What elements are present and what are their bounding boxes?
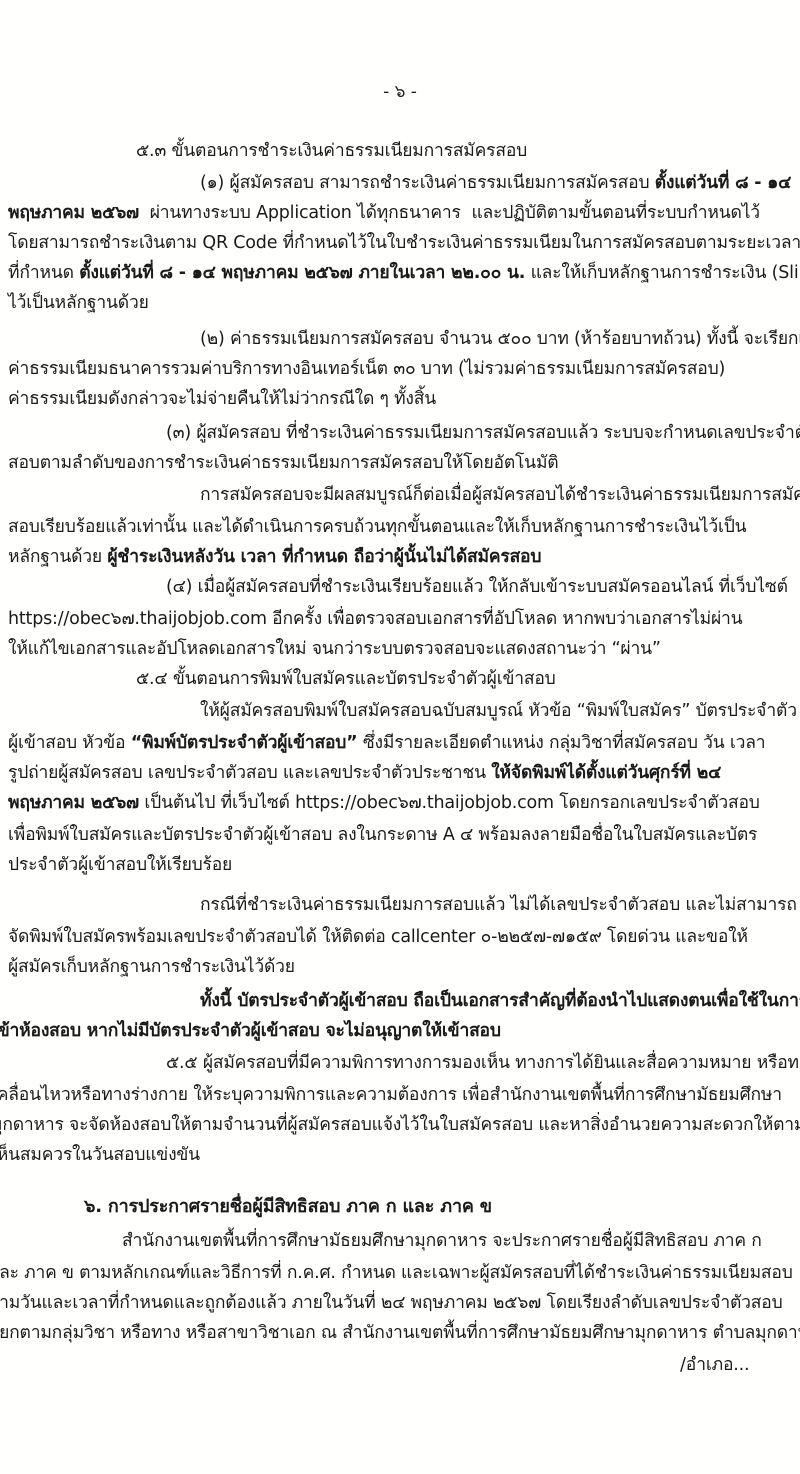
item1-line4: ที่กำหนด ตั้งแต่วันที่ ๘ - ๑๔ พฤษภาคม ๒๕… (8, 258, 800, 288)
item2-line2: ค่าธรรมเนียมธนาคารรวมค่าบริการทางอินเทอร… (8, 354, 725, 384)
item4-line2: https://obec๖๗.thaijobjob.com อีกครั้ง เ… (8, 604, 742, 634)
section-5-4-p2-line1: กรณีที่ชำระเงินค่าธรรมเนียมการสอบแล้ว ไม… (200, 890, 797, 920)
item3-para2-line2: สอบเรียบร้อยแล้วเท่านั้น และได้ดำเนินการ… (8, 512, 746, 542)
section-5-4-p2-line3: ผู้สมัครเก็บหลักฐานการชำระเงินไว้ด้วย (8, 952, 295, 982)
item1-line1: (๑) ผู้สมัครสอบ สามารถชำระเงินค่าธรรมเนี… (200, 168, 791, 198)
text: เป็นต้นไป ที่เว็บไซต์ https://obec๖๗.tha… (139, 793, 760, 813)
item1-line5: ไว้เป็นหลักฐานด้วย (8, 288, 149, 318)
item3-line1: (๓) ผู้สมัครสอบ ที่ชำระเงินค่าธรรมเนียมก… (166, 418, 800, 448)
section-5-4-heading: ๕.๔ ขั้นตอนการพิมพ์ใบสมัครและบัตรประจำตั… (136, 664, 556, 694)
text: และให้เก็บหลักฐานการชำระเงิน (Slip) (525, 263, 800, 283)
item3-para2-line1: การสมัครสอบจะมีผลสมบูรณ์ก็ต่อเมื่อผู้สมั… (200, 480, 800, 510)
item3-para2-line3: หลักฐานด้วย ผู้ชำระเงินหลังวัน เวลา ที่ก… (8, 542, 541, 572)
section-5-4-p3-line2: เข้าห้องสอบ หากไม่มีบัตรประจำตัวผู้เข้าส… (0, 1016, 501, 1046)
section-6-heading: ๖. การประกาศรายชื่อผู้มีสิทธิสอบ ภาค ก แ… (84, 1192, 492, 1222)
item2-line1: (๒) ค่าธรรมเนียมการสมัครสอบ จำนวน ๕๐๐ บา… (200, 324, 800, 354)
section-5-4-p1-line4: พฤษภาคม ๒๕๖๗ เป็นต้นไป ที่เว็บไซต์ https… (8, 788, 760, 818)
bold-topic: “พิมพ์บัตรประจำตัวผู้เข้าสอบ” (131, 733, 358, 753)
text: รูปถ่ายผู้สมัครสอบ เลขประจำตัวสอบ และเลข… (8, 763, 491, 783)
section-5-4-p2-line2: จัดพิมพ์ใบสมัครพร้อมเลขประจำตัวสอบได้ ให… (8, 922, 748, 952)
item2-line3: ค่าธรรมเนียมดังกล่าวจะไม่จ่ายคืนให้ไม่ว่… (8, 384, 436, 414)
section-5-4-p1-line3: รูปถ่ายผู้สมัครสอบ เลขประจำตัวสอบ และเลข… (8, 758, 721, 788)
bold-deadline: ตั้งแต่วันที่ ๘ - ๑๔ พฤษภาคม ๒๕๖๗ ภายในเ… (79, 263, 525, 283)
section-5-4-p1-line2: ผู้เข้าสอบ หัวข้อ “พิมพ์บัตรประจำตัวผู้เ… (8, 728, 765, 758)
text: หลักฐานด้วย (8, 547, 107, 567)
page-number: - ๖ - (0, 78, 800, 105)
bold-warning: ผู้ชำระเงินหลังวัน เวลา ที่กำหนด ถือว่าผ… (107, 547, 541, 567)
section-5-3-heading: ๕.๓ ขั้นตอนการชำระเงินค่าธรรมเนียมการสมั… (136, 136, 527, 166)
bold-date-range: ตั้งแต่วันที่ ๘ - ๑๔ (655, 173, 791, 193)
continuation-marker: /อำเภอ... (680, 1350, 749, 1380)
text: ผ่านทางระบบ Application ได้ทุกธนาคาร และ… (139, 203, 760, 223)
section-6-line3: ตามวันและเวลาที่กำหนดและถูกต้องแล้ว ภายใ… (0, 1288, 782, 1318)
item4-line3: ให้แก้ไขเอกสารและอัปโหลดเอกสารใหม่ จนกว่… (8, 634, 661, 664)
section-6-line1: สำนักงานเขตพื้นที่การศึกษามัธยมศึกษามุกด… (122, 1226, 762, 1256)
bold-print-date: ให้จัดพิมพ์ได้ตั้งแต่วันศุกร์ที่ ๒๔ (491, 763, 721, 783)
section-5-4-p1-line5: เพื่อพิมพ์ใบสมัครและบัตรประจำตัวผู้เข้าส… (8, 820, 757, 850)
section-5-5-line4: เห็นสมควรในวันสอบแข่งขัน (0, 1140, 200, 1170)
text: (๑) ผู้สมัครสอบ สามารถชำระเงินค่าธรรมเนี… (200, 173, 655, 193)
section-6-line4: แยกตามกลุ่มวิชา หรือทาง หรือสาขาวิชาเอก … (0, 1318, 800, 1348)
section-5-4-p1-line6: ประจำตัวผู้เข้าสอบให้เรียบร้อย (8, 850, 232, 880)
text: ซึ่งมีรายละเอียดตำแหน่ง กลุ่มวิชาที่สมัค… (357, 733, 765, 753)
text: ผู้เข้าสอบ หัวข้อ (8, 733, 131, 753)
document-page: - ๖ - ๕.๓ ขั้นตอนการชำระเงินค่าธรรมเนียม… (0, 0, 800, 1474)
item4-line1: (๔) เมื่อผู้สมัครสอบที่ชำระเงินเรียบร้อย… (166, 572, 788, 602)
section-5-5-line1: ๕.๕ ผู้สมัครสอบที่มีความพิการทางการมองเห… (166, 1048, 800, 1078)
section-5-5-line2: เคลื่อนไหวหรือทางร่างกาย ให้ระบุความพิกา… (0, 1080, 782, 1110)
section-5-4-p3-line1: ทั้งนี้ บัตรประจำตัวผู้เข้าสอบ ถือเป็นเอ… (200, 986, 800, 1016)
bold-month: พฤษภาคม ๒๕๖๗ (8, 203, 139, 223)
item1-line3: โดยสามารถชำระเงินตาม QR Code ที่กำหนดไว้… (8, 228, 800, 258)
section-5-5-line3: มุกดาหาร จะจัดห้องสอบให้ตามจำนวนที่ผู้สม… (0, 1110, 800, 1140)
bold-month: พฤษภาคม ๒๕๖๗ (8, 793, 139, 813)
section-6-line2: และ ภาค ข ตามหลักเกณฑ์และวิธีการที่ ก.ค.… (0, 1258, 793, 1288)
item1-line2: พฤษภาคม ๒๕๖๗ ผ่านทางระบบ Application ได้… (8, 198, 760, 228)
section-5-4-p1-line1: ให้ผู้สมัครสอบพิมพ์ใบสมัครสอบฉบับสมบูรณ์… (200, 696, 797, 726)
item3-line2: สอบตามลำดับของการชำระเงินค่าธรรมเนียมการ… (8, 448, 558, 478)
text: ที่กำหนด (8, 263, 79, 283)
